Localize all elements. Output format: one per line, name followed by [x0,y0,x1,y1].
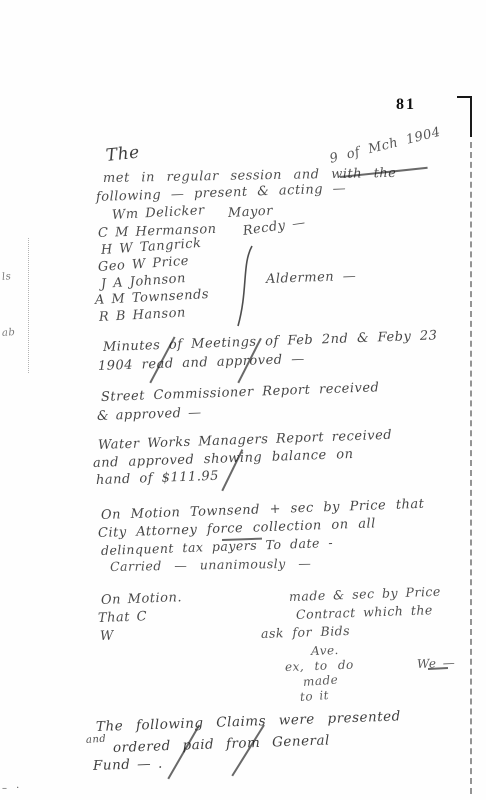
claims-line: Fund — . [93,756,163,774]
claims-insert: and [86,734,107,746]
motion2-right: Ave. [311,643,339,658]
scanned-page: 81 – · The9 of Mch 1904met in regular se… [0,0,486,800]
motion-line: On Motion Townsend + sec by Price that [101,497,425,523]
motion2-right: ex, to do [285,658,354,674]
aldermen-label: Aldermen — [266,269,357,287]
margin-note: ls [1,271,11,283]
date-note: 9 of Mch 1904 [328,125,442,167]
claims-line: ordered paid from General [113,732,330,756]
motion2-right: ask for Bids [261,623,351,641]
roster-name: R B Hanson [99,305,187,325]
minutes-line: 1904 read and approved — [98,352,305,374]
minutes-line: Minutes of Meetings of Feb 2nd & Feby 23 [103,328,438,355]
motion2-right: made & sec by Price [289,584,441,604]
motion2-right: We — [417,656,456,671]
opening-line: met in regular session and with the [103,166,397,186]
opening-word: The [105,143,141,166]
waterworks-line: hand of $111.95 [96,469,219,488]
street-report-line: Street Commissioner Report received [101,380,380,405]
margin-note: ab [2,327,16,339]
motion2-right: made [303,673,339,689]
claims-line: The following Claims were presented [96,708,401,735]
motion2-left: That C [98,609,148,626]
motion2-left: W [100,629,114,644]
roster-name: Wm Delicker [112,203,205,223]
motion2-right: Contract which the [296,602,433,622]
motion2-right: to it [300,688,330,704]
roster-title: Mayor [228,204,274,221]
handwriting-layer: The9 of Mch 1904met in regular session a… [0,0,486,800]
motion-line: Carried — unanimously — [110,555,312,574]
street-report-line: & approved — [97,405,202,424]
motion2-left: On Motion. [101,590,182,608]
